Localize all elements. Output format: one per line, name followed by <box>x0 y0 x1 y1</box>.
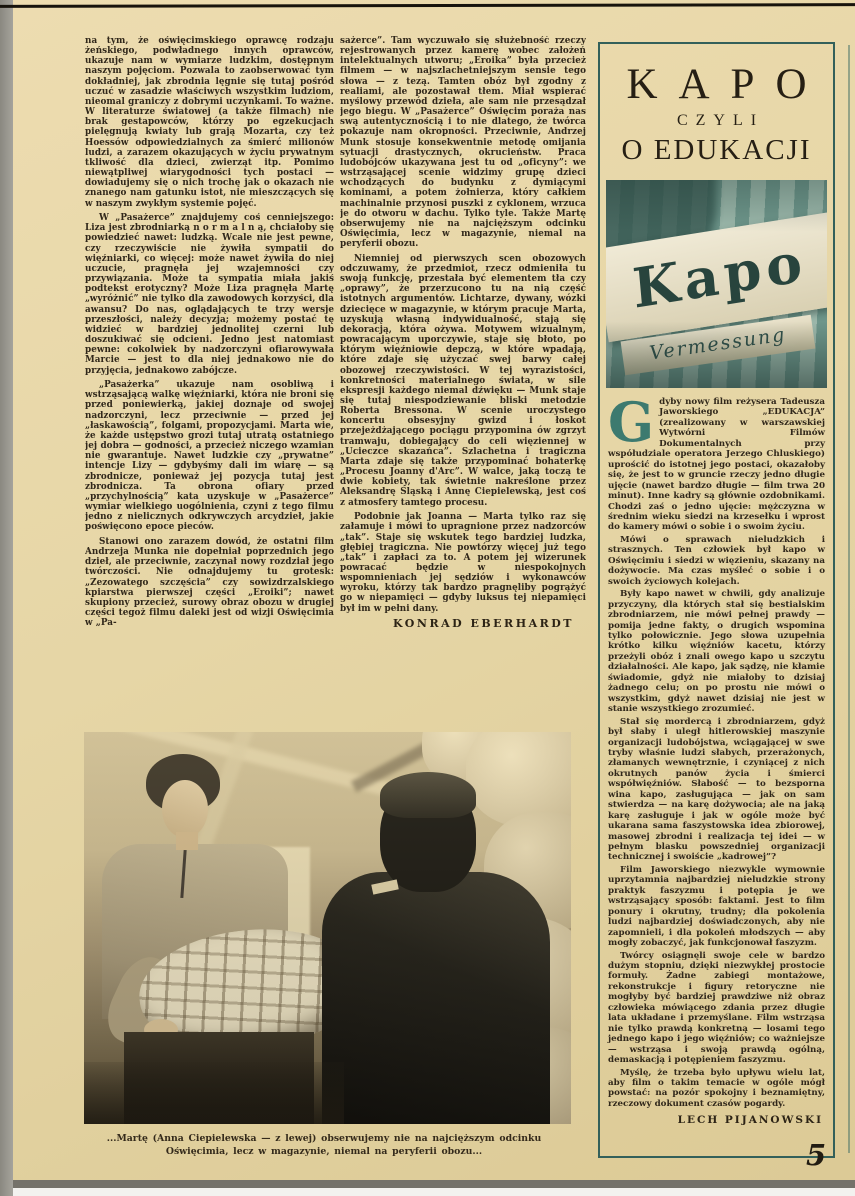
paragraph: Mówi o sprawach nieludzkich i strasznych… <box>608 535 825 587</box>
armband-white-band: Kapo <box>606 212 827 342</box>
paragraph: Niemniej od pierwszych scen obozowych od… <box>340 254 586 508</box>
sidebar-title-czyli: CZYLI <box>600 112 833 130</box>
sidebar-first-paragraph: Gdyby nowy film reżysera Tadeusza Jawors… <box>608 397 825 533</box>
paragraph: Stanowi ono zarazem dowód, że ostatni fi… <box>85 537 334 628</box>
paragraph: Stał się mordercą i zbrodniarzem, gdyż b… <box>608 717 825 863</box>
author-byline-pijanowski: LECH PIJANOWSKI <box>608 1115 823 1125</box>
paragraph: „Pasażerka” ukazuje nam osobliwą i wstrz… <box>85 380 334 532</box>
page-number: 5 <box>806 1138 826 1172</box>
drop-cap-letter: G <box>608 400 654 444</box>
scan-bottom-white <box>13 1188 855 1196</box>
page-edge-line <box>848 45 850 1153</box>
scan-left-edge <box>0 0 13 1196</box>
paragraph: Były kapo nawet w chwili, gdy analizuje … <box>608 589 825 714</box>
magazine-scan: na tym, że oświęcimskiego oprawcę rodzaj… <box>0 0 855 1196</box>
armband-sleeve-shadow <box>606 180 716 280</box>
paragraph: Podobnie jak Joanna — Marta tylko raz si… <box>340 512 586 614</box>
kapo-armband-photo: Kapo Vermessung <box>606 180 827 388</box>
paragraph: W „Pasażerce” znajdujemy coś cenniejszeg… <box>85 213 334 376</box>
author-byline-eberhardt: KONRAD EBERHARDT <box>340 619 586 629</box>
photo-tint-overlay <box>84 732 571 1124</box>
paragraph: Twórcy osiągnęli swoje cele w bardzo duż… <box>608 951 825 1066</box>
article-column-2-text: sażerce”. Tam wyczuwało się służebność r… <box>340 36 586 614</box>
sidebar-text: Gdyby nowy film reżysera Tadeusza Jawors… <box>608 397 825 1126</box>
article-column-2: sażerce”. Tam wyczuwało się służebność r… <box>340 36 586 738</box>
sidebar-article: KAPO CZYLI O EDUKACJI Kapo Vermessung Gd… <box>598 42 835 1158</box>
sidebar-title-o-edukacji: O EDUKACJI <box>600 134 833 167</box>
armband-lower-band: Vermessung <box>621 315 816 375</box>
article-column-1: na tym, że oświęcimskiego oprawcę rodzaj… <box>85 36 334 732</box>
magazine-page: na tym, że oświęcimskiego oprawcę rodzaj… <box>13 0 855 1180</box>
armband-kapo-text: Kapo <box>606 211 827 338</box>
paragraph: Myślę, że trzeba było upływu wielu lat, … <box>608 1068 825 1110</box>
paragraph: sażerce”. Tam wyczuwało się służebność r… <box>340 36 586 249</box>
film-still-photo <box>84 732 571 1124</box>
scan-top-line <box>0 3 855 8</box>
sidebar-paragraphs: Mówi o sprawach nieludzkich i strasznych… <box>608 535 825 1109</box>
paragraph: Film Jaworskiego niezwykle wymownie uprz… <box>608 865 825 949</box>
sidebar-title-kapo: KAPO <box>600 60 833 109</box>
armband-vermessung-text: Vermessung <box>621 315 816 373</box>
paragraph: na tym, że oświęcimskiego oprawcę rodzaj… <box>85 36 334 209</box>
photo-caption: ...Martę (Anna Ciepielewska — z lewej) o… <box>98 1133 550 1158</box>
scan-bottom-shadow <box>13 1180 855 1188</box>
